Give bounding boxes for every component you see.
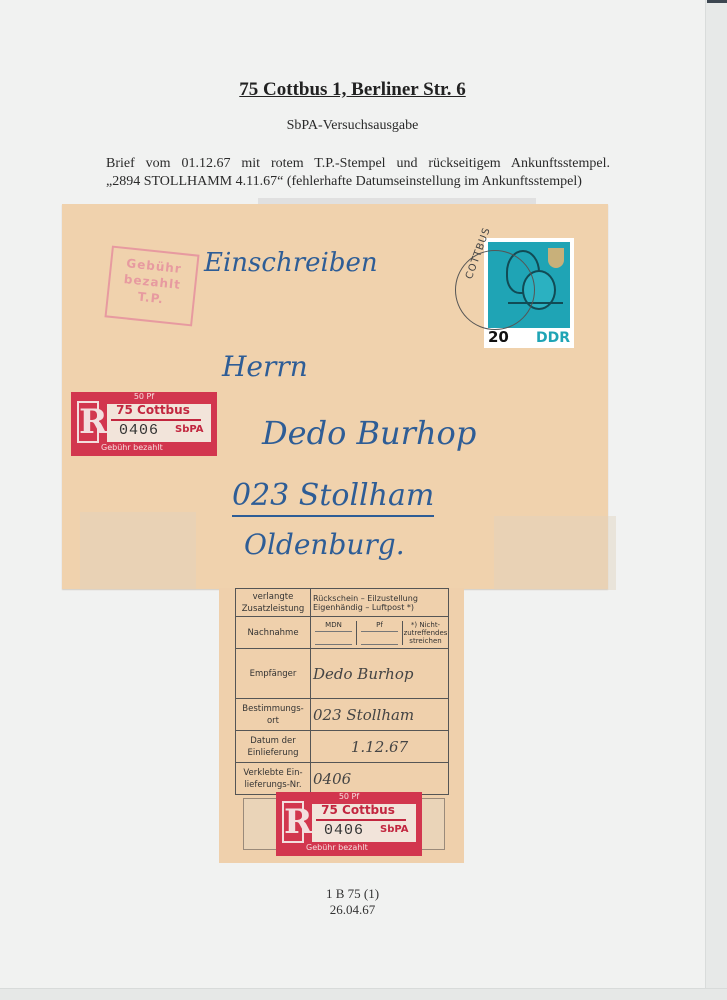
form-row: Bestimmungs-ort 023 Stollham [236, 699, 449, 731]
page-edge [705, 0, 727, 1000]
cancel-postmark: COTTBUS [455, 250, 535, 330]
page-bottom-edge [0, 988, 727, 1000]
stamp-country: DDR [536, 330, 570, 346]
r-letter-icon: R [282, 801, 304, 843]
page-corner [707, 0, 727, 3]
shield-icon [548, 248, 564, 268]
handwriting-service: Einschreiben [204, 248, 378, 278]
description: Brief vom 01.12.67 mit rotem T.P.-Stempe… [106, 155, 610, 191]
form-row: Empfänger Dedo Burhop [236, 649, 449, 699]
handwriting-recipient: Dedo Burhop [262, 414, 476, 452]
form-row: verlangte Zusatzleistung Rückschein – Ei… [236, 589, 449, 617]
stamp-value: 20 [488, 328, 509, 346]
description-line-2: „2894 STOLLHAMM 4.11.67“ (fehlerhafte Da… [106, 173, 610, 191]
catalog-reference: 1 B 75 (1) 26.04.67 [0, 886, 705, 918]
form-row: Datum der Einlieferung 1.12.67 [236, 731, 449, 763]
mount-strip-right [494, 516, 616, 590]
tp-postage-paid-stamp: Gebühr bezahlt T.P. [104, 246, 199, 327]
mount-strip-left [80, 512, 196, 590]
form-row: Verklebte Ein-lieferungs-Nr. 0406 [236, 763, 449, 795]
handwriting-salutation: Herrn [222, 350, 308, 383]
description-line-1: Brief vom 01.12.67 mit rotem T.P.-Stempe… [106, 155, 610, 173]
r-letter-icon: R [77, 401, 99, 443]
page-title: 75 Cottbus 1, Berliner Str. 6 [0, 79, 705, 101]
handwriting-region: Oldenburg. [244, 528, 405, 561]
registration-label: 50 Pf R 75 Cottbus 0406 SbPA Gebühr beza… [71, 392, 217, 456]
handwriting-city: 023 Stollham [232, 478, 434, 517]
page-subtitle: SbPA-Versuchsausgabe [0, 118, 705, 134]
registration-label-form: 50 Pf R 75 Cottbus 0406 SbPA Gebühr beza… [276, 792, 422, 856]
form-row: Nachnahme MDN Pf *) Nicht-zutreffendes s… [236, 617, 449, 649]
